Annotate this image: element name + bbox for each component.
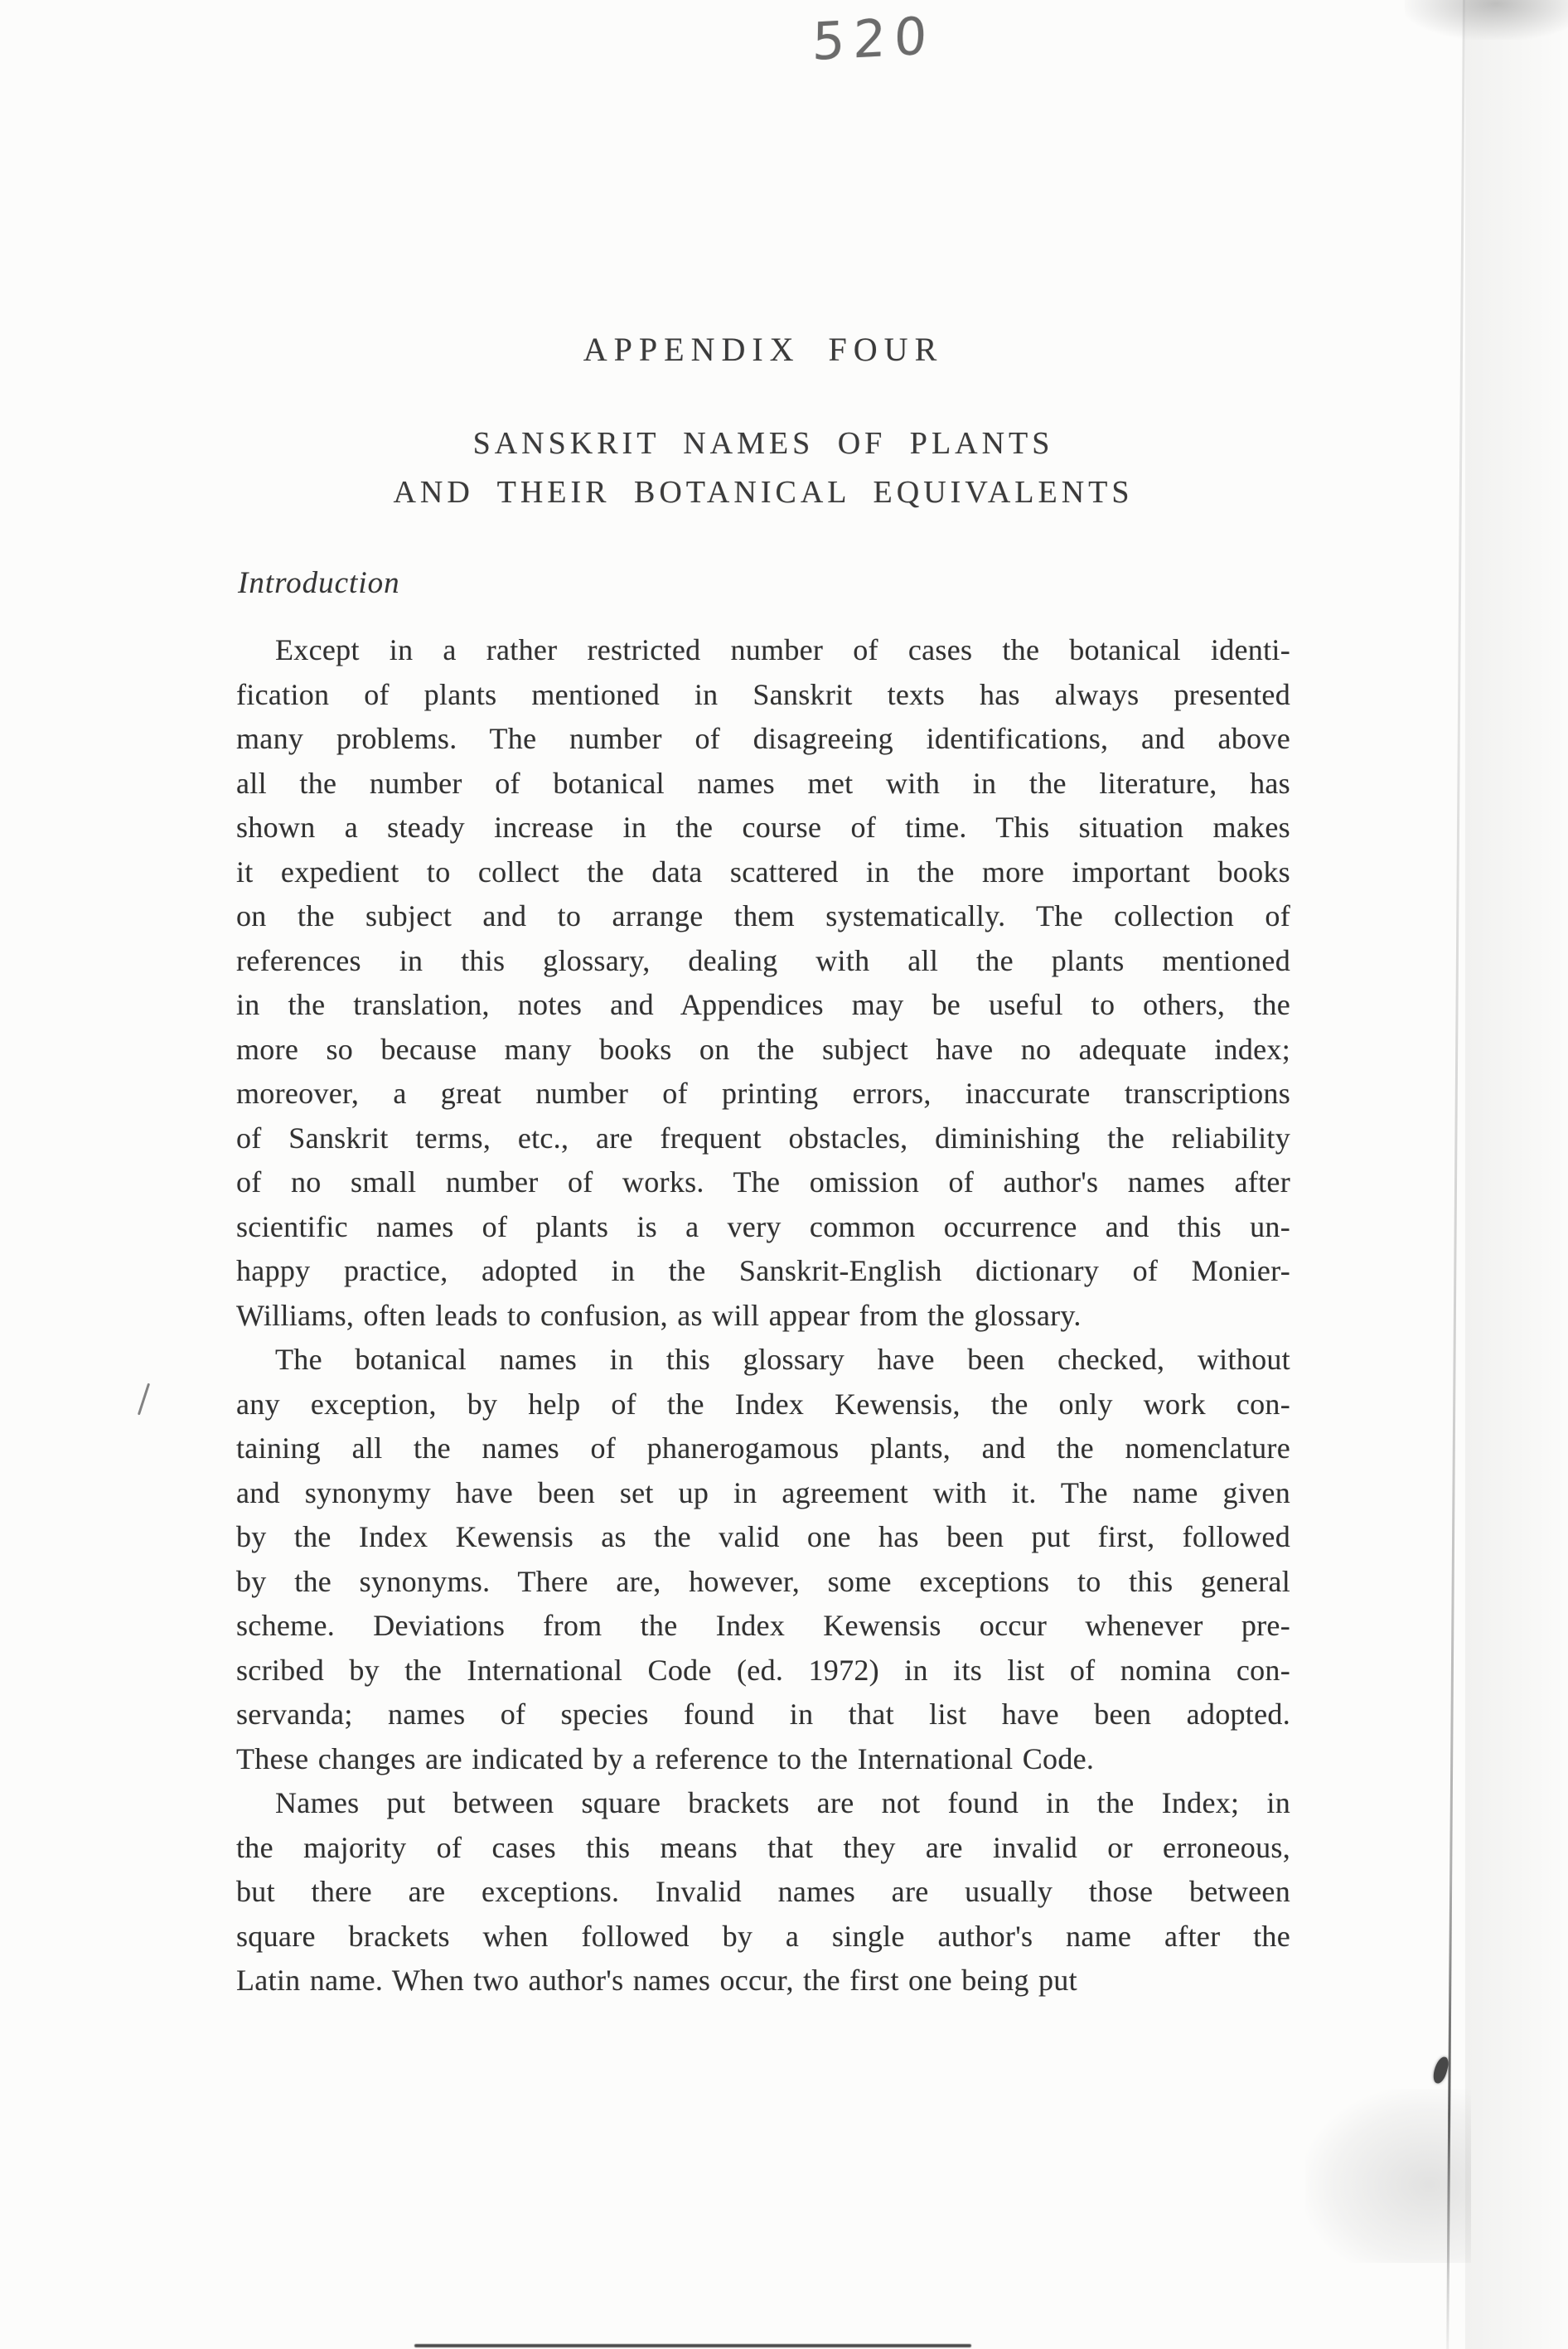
- body-line: Names put between square brackets are no…: [236, 1781, 1290, 1826]
- body-line: it expedient to collect the data scatter…: [236, 850, 1290, 895]
- body-line: all the number of botanical names met wi…: [236, 762, 1290, 806]
- body-line: Latin name. When two author's names occu…: [236, 1959, 1290, 2003]
- body-text: Except in a rather restricted number of …: [236, 628, 1290, 2003]
- bottom-scan-line: [414, 2344, 971, 2347]
- scanned-book-page: 520 APPENDIX FOUR SANSKRIT NAMES OF PLAN…: [0, 0, 1568, 2349]
- body-line: by the synonyms. There are, however, som…: [236, 1560, 1290, 1605]
- body-line: These changes are indicated by a referen…: [236, 1737, 1290, 1782]
- body-line: many problems. The number of disagreeing…: [236, 717, 1290, 762]
- body-line: but there are exceptions. Invalid names …: [236, 1870, 1290, 1915]
- body-line: Except in a rather restricted number of …: [236, 628, 1290, 673]
- body-line: fication of plants mentioned in Sanskrit…: [236, 673, 1290, 718]
- body-line: and synonymy have been set up in agreeme…: [236, 1471, 1290, 1516]
- margin-pencil-mark: [138, 1383, 150, 1416]
- body-line: of no small number of works. The omissio…: [236, 1160, 1290, 1205]
- right-edge-shadow: [1465, 0, 1568, 2349]
- body-line: of Sanskrit terms, etc., are frequent ob…: [236, 1116, 1290, 1161]
- body-line: shown a steady increase in the course of…: [236, 806, 1290, 850]
- page-edge-scan-line: [1446, 0, 1465, 2349]
- handwritten-page-number: 520: [811, 5, 935, 72]
- paragraph: The botanical names in this glossary hav…: [236, 1338, 1290, 1781]
- body-line: The botanical names in this glossary hav…: [236, 1338, 1290, 1383]
- paragraph: Except in a rather restricted number of …: [236, 628, 1290, 1338]
- appendix-title: APPENDIX FOUR: [236, 330, 1290, 369]
- body-line: any exception, by help of the Index Kewe…: [236, 1383, 1290, 1427]
- body-line: happy practice, adopted in the Sanskrit-…: [236, 1249, 1290, 1294]
- body-line: references in this glossary, dealing wit…: [236, 939, 1290, 984]
- ink-blot: [1431, 2056, 1450, 2085]
- body-line: scientific names of plants is a very com…: [236, 1205, 1290, 1250]
- body-line: scheme. Deviations from the Index Kewens…: [236, 1604, 1290, 1649]
- body-line: moreover, a great number of printing err…: [236, 1072, 1290, 1116]
- body-line: the majority of cases this means that th…: [236, 1826, 1290, 1871]
- bottom-right-smudge: [1305, 2089, 1471, 2263]
- subtitle-line-2: AND THEIR BOTANICAL EQUIVALENTS: [236, 468, 1290, 517]
- body-line: taining all the names of phanerogamous p…: [236, 1426, 1290, 1471]
- body-line: scribed by the International Code (ed. 1…: [236, 1649, 1290, 1693]
- introduction-heading: Introduction: [238, 565, 400, 601]
- body-line: more so because many books on the subjec…: [236, 1028, 1290, 1073]
- paragraph: Names put between square brackets are no…: [236, 1781, 1290, 2003]
- body-line: by the Index Kewensis as the valid one h…: [236, 1515, 1290, 1560]
- top-right-smudge: [1405, 0, 1568, 40]
- subtitle-line-1: SANSKRIT NAMES OF PLANTS: [236, 419, 1290, 468]
- appendix-subtitle: SANSKRIT NAMES OF PLANTS AND THEIR BOTAN…: [236, 419, 1290, 517]
- body-line: servanda; names of species found in that…: [236, 1693, 1290, 1737]
- body-line: in the translation, notes and Appendices…: [236, 983, 1290, 1028]
- body-line: on the subject and to arrange them syste…: [236, 894, 1290, 939]
- body-line: square brackets when followed by a singl…: [236, 1915, 1290, 1959]
- body-line: Williams, often leads to confusion, as w…: [236, 1294, 1290, 1339]
